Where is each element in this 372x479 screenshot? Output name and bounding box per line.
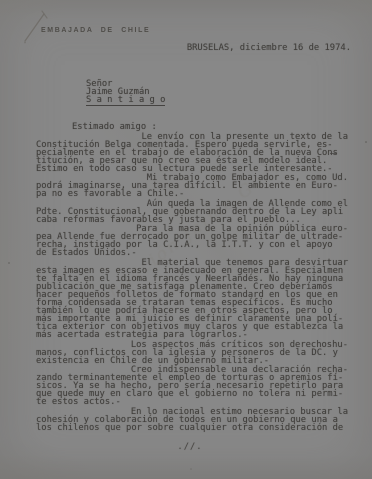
salutation: Estimado amigo : (72, 123, 348, 131)
paragraph: Aún queda la imagen de Allende como elPd… (36, 200, 348, 224)
body-line: caba reformas favorables y justa para el… (36, 216, 348, 224)
body-line: más acertada estrategia para lograrlos.- (36, 331, 348, 339)
paragraph: Le envío con la presente un texto de laC… (36, 133, 348, 173)
continuation-mark: .//. (166, 442, 214, 452)
pencil-mark-icon (20, 5, 54, 47)
paragraph: En lo nacional estimo necesario buscar l… (36, 408, 348, 432)
dateline: BRUSELAS, diciembre 16 de 1974. (187, 44, 351, 53)
letterhead-embajada-de-chile: EMBAJADA DE CHILE (41, 27, 150, 34)
recipient-block: Señor Jaime Guzmán S a n t i a g o (86, 80, 165, 106)
scan-speck (190, 468, 192, 470)
paragraph: El material que tenemos para desvirtuare… (36, 259, 348, 339)
scanned-letter-page: Fundación Jaime Guzmán EMBAJADA DE CHILE… (0, 0, 372, 479)
paragraph: Para la masa de la opinión pública euro-… (36, 225, 348, 257)
paragraph: Mi trabajo como Embajador es, como Ud.po… (36, 174, 348, 198)
body-line: te estos actos.- (36, 398, 348, 406)
scan-speck (365, 141, 367, 143)
body-line: de Estados Unidos.- (36, 249, 348, 257)
stray-ink-mark (330, 153, 336, 154)
body-line: Estimo en todo caso su lectura puede ser… (36, 165, 348, 173)
recipient-city: S a n t i a g o (86, 96, 165, 106)
letter-body: Estimado amigo : Le envío con la present… (36, 123, 348, 432)
paragraph: Creo indispensable una declaración recha… (36, 366, 348, 406)
body-line: los chilenos que por sobre cualquier otr… (36, 424, 348, 432)
scan-speck (8, 262, 10, 264)
paragraph: Los aspectos más críticos son derechoshu… (36, 341, 348, 365)
body-line: pa no es favorable a Chile.- (36, 190, 348, 198)
body-line: existencia en Chile de un gobierno milit… (36, 357, 348, 365)
